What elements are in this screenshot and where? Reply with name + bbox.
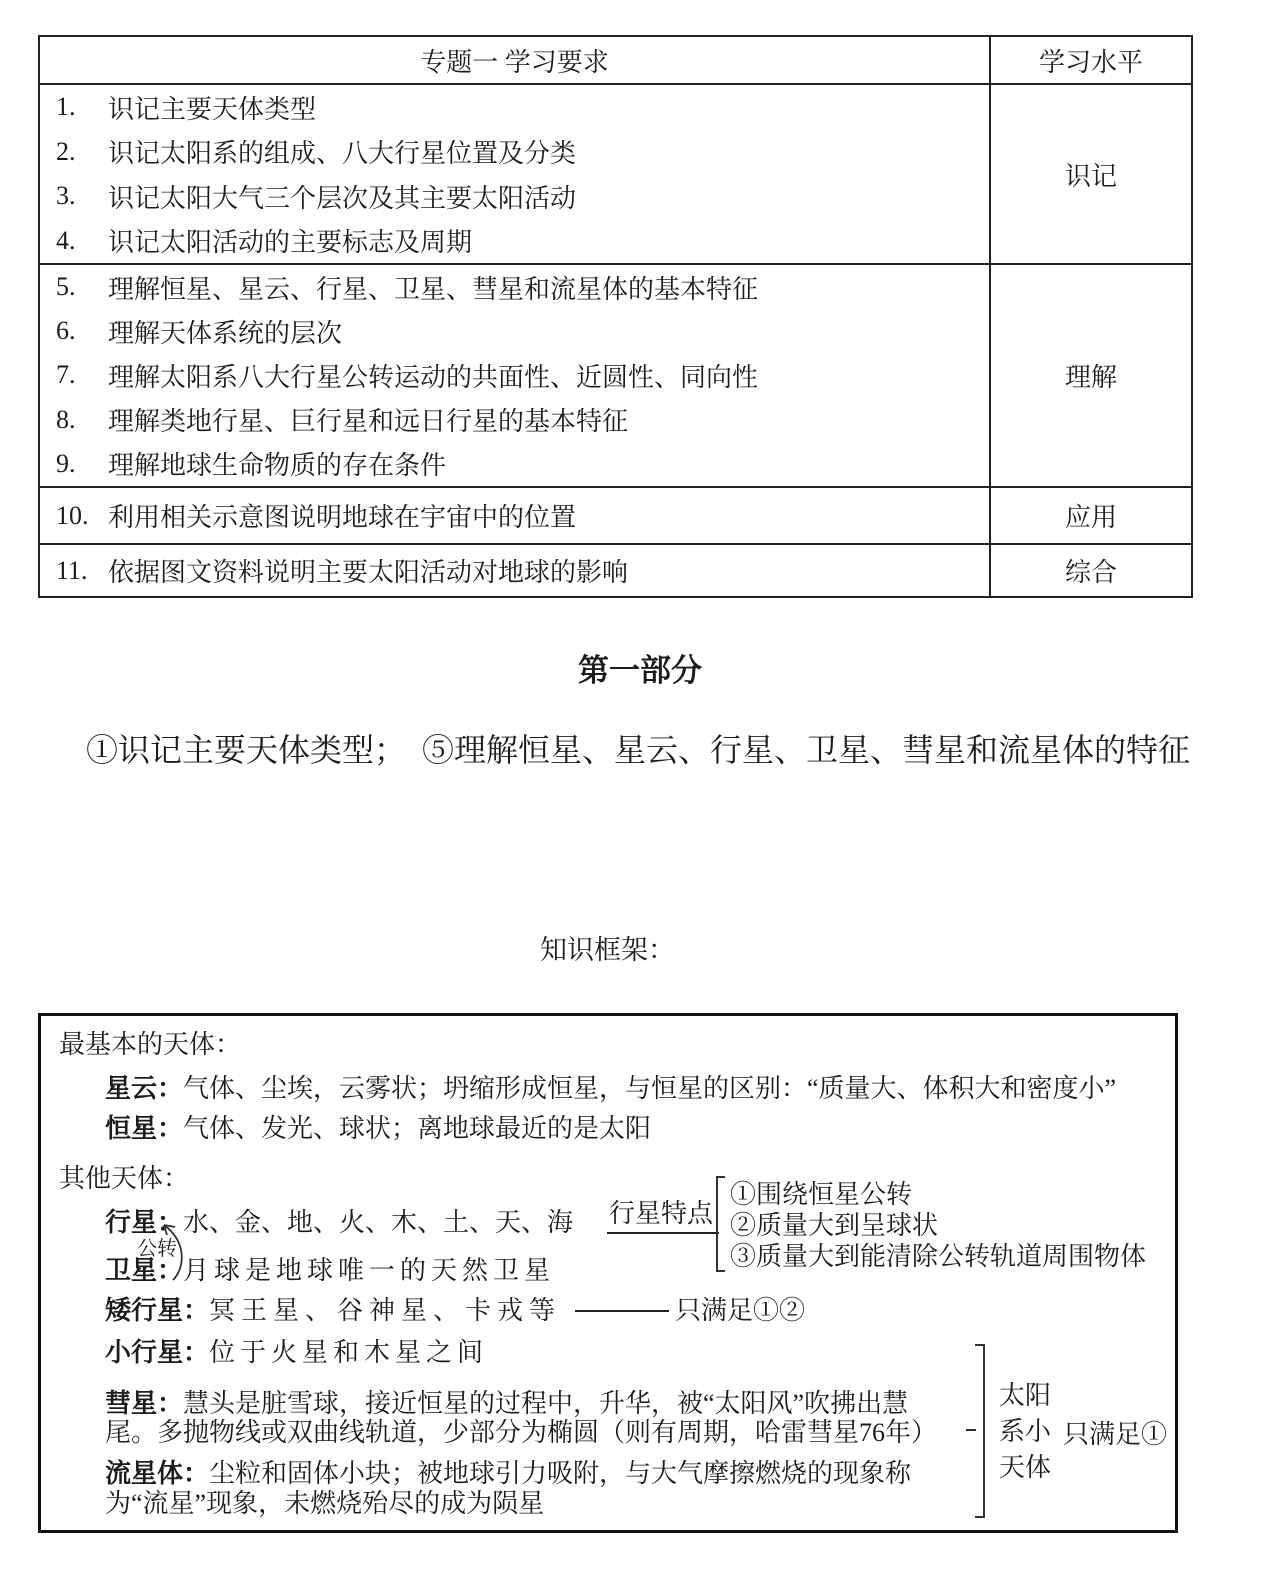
table-row: 10. 利用相关示意图说明地球在宇宙中的位置	[40, 488, 989, 543]
item-number: 10.	[56, 501, 108, 531]
item-number: 4.	[56, 226, 108, 256]
comet-paragraph: 彗星：慧头是脏雪球，接近恒星的过程中，升华，被“太阳风”吹拂出慧尾。多抛物线或双…	[105, 1389, 950, 1447]
satellite-text: 月球是地球唯一的天然卫星	[183, 1256, 555, 1285]
table-row: 2. 识记太阳系的组成、八大行星位置及分类	[40, 130, 989, 175]
planet-text: 水、金、地、火、木、土、天、海	[183, 1208, 573, 1237]
star-label: 恒星：	[105, 1114, 183, 1143]
satellite-line: 卫星：月球是地球唯一的天然卫星	[105, 1256, 555, 1286]
item-number: 6.	[56, 316, 108, 346]
header-cell-level: 学习水平	[991, 37, 1191, 83]
asteroid-line: 小行星：位于火星和木星之间	[105, 1338, 488, 1368]
dwarf-planet-text: 冥王星、谷神星、卡戎等	[209, 1296, 561, 1326]
comet-text: 慧头是脏雪球，接近恒星的过程中，升华，被“太阳风”吹拂出慧尾。多抛物线或双曲线轨…	[105, 1389, 937, 1447]
item-text: 识记太阳活动的主要标志及周期	[108, 222, 472, 259]
meteoroid-paragraph: 流星体：尘粒和固体小块；被地球引力吸附，与大气摩擦燃烧的现象称为“流星”现象，未…	[105, 1459, 950, 1519]
planet-feature-1: ①围绕恒星公转	[730, 1179, 1146, 1210]
nebula-label: 星云：	[105, 1074, 183, 1103]
table-row: 4. 识记太阳活动的主要标志及周期	[40, 219, 989, 264]
section-title: 第一部分	[0, 653, 1280, 689]
dwarf-note: 只满足①②	[675, 1296, 805, 1326]
level-cell: 应用	[991, 488, 1191, 543]
small-bodies-bracket-tick	[966, 1429, 976, 1431]
table-row: 11. 依据图文资料说明主要太阳活动对地球的影响	[40, 545, 989, 596]
nebula-line: 星云：气体、尘埃，云雾状；坍缩形成恒星，与恒星的区别：“质量大、体积大和密度小”	[105, 1074, 1116, 1104]
group-label-line-2: 系小	[999, 1414, 1051, 1450]
item-text: 理解天体系统的层次	[108, 313, 342, 350]
satellite-label: 卫星：	[105, 1256, 183, 1285]
table-row-group-lijie: 5. 理解恒星、星云、行星、卫星、彗星和流星体的基本特征 6. 理解天体系统的层…	[40, 263, 1191, 486]
requirements-cell: 10. 利用相关示意图说明地球在宇宙中的位置	[40, 488, 991, 543]
basic-bodies-title: 最基本的天体：	[59, 1030, 241, 1060]
item-number: 7.	[56, 360, 108, 390]
item-text: 利用相关示意图说明地球在宇宙中的位置	[108, 497, 576, 534]
item-number: 8.	[56, 405, 108, 435]
knowledge-framework-box: 最基本的天体： 星云：气体、尘埃，云雾状；坍缩形成恒星，与恒星的区别：“质量大、…	[38, 1013, 1178, 1533]
item-text: 识记主要天体类型	[108, 89, 316, 126]
item-number: 5.	[56, 272, 108, 302]
meteoroid-text: 尘粒和固体小块；被地球引力吸附，与大气摩擦燃烧的现象称为“流星”现象，未燃烧殆尽…	[105, 1459, 911, 1518]
dwarf-connector-line	[575, 1310, 669, 1312]
requirements-cell: 1. 识记主要天体类型 2. 识记太阳系的组成、八大行星位置及分类 3. 识记太…	[40, 85, 991, 263]
item-text: 识记太阳系的组成、八大行星位置及分类	[108, 133, 576, 170]
item-number: 11.	[56, 556, 108, 586]
group-label-line-1: 太阳	[999, 1378, 1051, 1414]
requirements-cell: 5. 理解恒星、星云、行星、卫星、彗星和流星体的基本特征 6. 理解天体系统的层…	[40, 265, 991, 486]
header-cell-requirements: 专题一 学习要求	[40, 37, 991, 83]
item-text: 理解地球生命物质的存在条件	[108, 445, 446, 482]
section-paragraph: ①识记主要天体类型； ⑤理解恒星、星云、行星、卫星、彗星和流星体的特征	[86, 723, 1216, 777]
table-row-yingyong: 10. 利用相关示意图说明地球在宇宙中的位置 应用	[40, 486, 1191, 543]
dwarf-planet-line: 矮行星：冥王星、谷神星、卡戎等 只满足①②	[105, 1296, 805, 1326]
table-header-row: 专题一 学习要求 学习水平	[40, 37, 1191, 83]
group-label-line-3: 天体	[999, 1450, 1051, 1486]
table-row: 6. 理解天体系统的层次	[40, 309, 989, 353]
item-number: 9.	[56, 449, 108, 479]
meteoroid-label: 流星体：	[105, 1459, 209, 1488]
planet-features-list: ①围绕恒星公转 ②质量大到呈球状 ③质量大到能清除公转轨道周围物体	[730, 1179, 1146, 1272]
level-cell: 综合	[991, 545, 1191, 596]
asteroid-label: 小行星：	[105, 1338, 209, 1367]
star-line: 恒星：气体、发光、球状；离地球最近的是太阳	[105, 1114, 651, 1144]
table-row: 5. 理解恒星、星云、行星、卫星、彗星和流星体的基本特征	[40, 265, 989, 309]
level-cell: 理解	[991, 265, 1191, 486]
table-row: 3. 识记太阳大气三个层次及其主要太阳活动	[40, 174, 989, 219]
table-row-group-shiji: 1. 识记主要天体类型 2. 识记太阳系的组成、八大行星位置及分类 3. 识记太…	[40, 83, 1191, 263]
small-bodies-note: 只满足①	[1063, 1420, 1167, 1450]
planet-feature-3: ③质量大到能清除公转轨道周围物体	[730, 1241, 1146, 1272]
dwarf-planet-label: 矮行星：	[105, 1296, 209, 1326]
comet-label: 彗星：	[105, 1389, 183, 1418]
knowledge-framework-heading: 知识框架：	[0, 935, 1215, 965]
star-text: 气体、发光、球状；离地球最近的是太阳	[183, 1114, 651, 1143]
other-bodies-title: 其他天体：	[59, 1164, 189, 1194]
level-cell: 识记	[991, 85, 1191, 263]
table-row-zonghe: 11. 依据图文资料说明主要太阳活动对地球的影响 综合	[40, 543, 1191, 596]
item-text: 识记太阳大气三个层次及其主要太阳活动	[108, 178, 576, 215]
asteroid-text: 位于火星和木星之间	[209, 1338, 488, 1367]
item-text: 依据图文资料说明主要太阳活动对地球的影响	[108, 552, 628, 589]
item-text: 理解恒星、星云、行星、卫星、彗星和流星体的基本特征	[108, 269, 758, 306]
item-text: 理解类地行星、巨行星和远日行星的基本特征	[108, 401, 628, 438]
nebula-text: 气体、尘埃，云雾状；坍缩形成恒星，与恒星的区别：“质量大、体积大和密度小”	[183, 1074, 1116, 1103]
requirements-cell: 11. 依据图文资料说明主要太阳活动对地球的影响	[40, 545, 991, 596]
item-number: 1.	[56, 92, 108, 122]
item-number: 2.	[56, 137, 108, 167]
table-row: 9. 理解地球生命物质的存在条件	[40, 442, 989, 486]
table-row: 7. 理解太阳系八大行星公转运动的共面性、近圆性、同向性	[40, 353, 989, 397]
planet-features-bracket	[716, 1176, 725, 1272]
item-text: 理解太阳系八大行星公转运动的共面性、近圆性、同向性	[108, 357, 758, 394]
table-row: 1. 识记主要天体类型	[40, 85, 989, 130]
table-row: 8. 理解类地行星、巨行星和远日行星的基本特征	[40, 398, 989, 442]
item-number: 3.	[56, 181, 108, 211]
planet-features-label: 行星特点	[607, 1200, 719, 1234]
planet-feature-2: ②质量大到呈球状	[730, 1210, 1146, 1241]
learning-requirements-table: 专题一 学习要求 学习水平 1. 识记主要天体类型 2. 识记太阳系的组成、八大…	[38, 35, 1193, 598]
solar-system-small-bodies-label: 太阳 系小 天体	[999, 1378, 1051, 1486]
small-bodies-bracket	[975, 1344, 985, 1518]
